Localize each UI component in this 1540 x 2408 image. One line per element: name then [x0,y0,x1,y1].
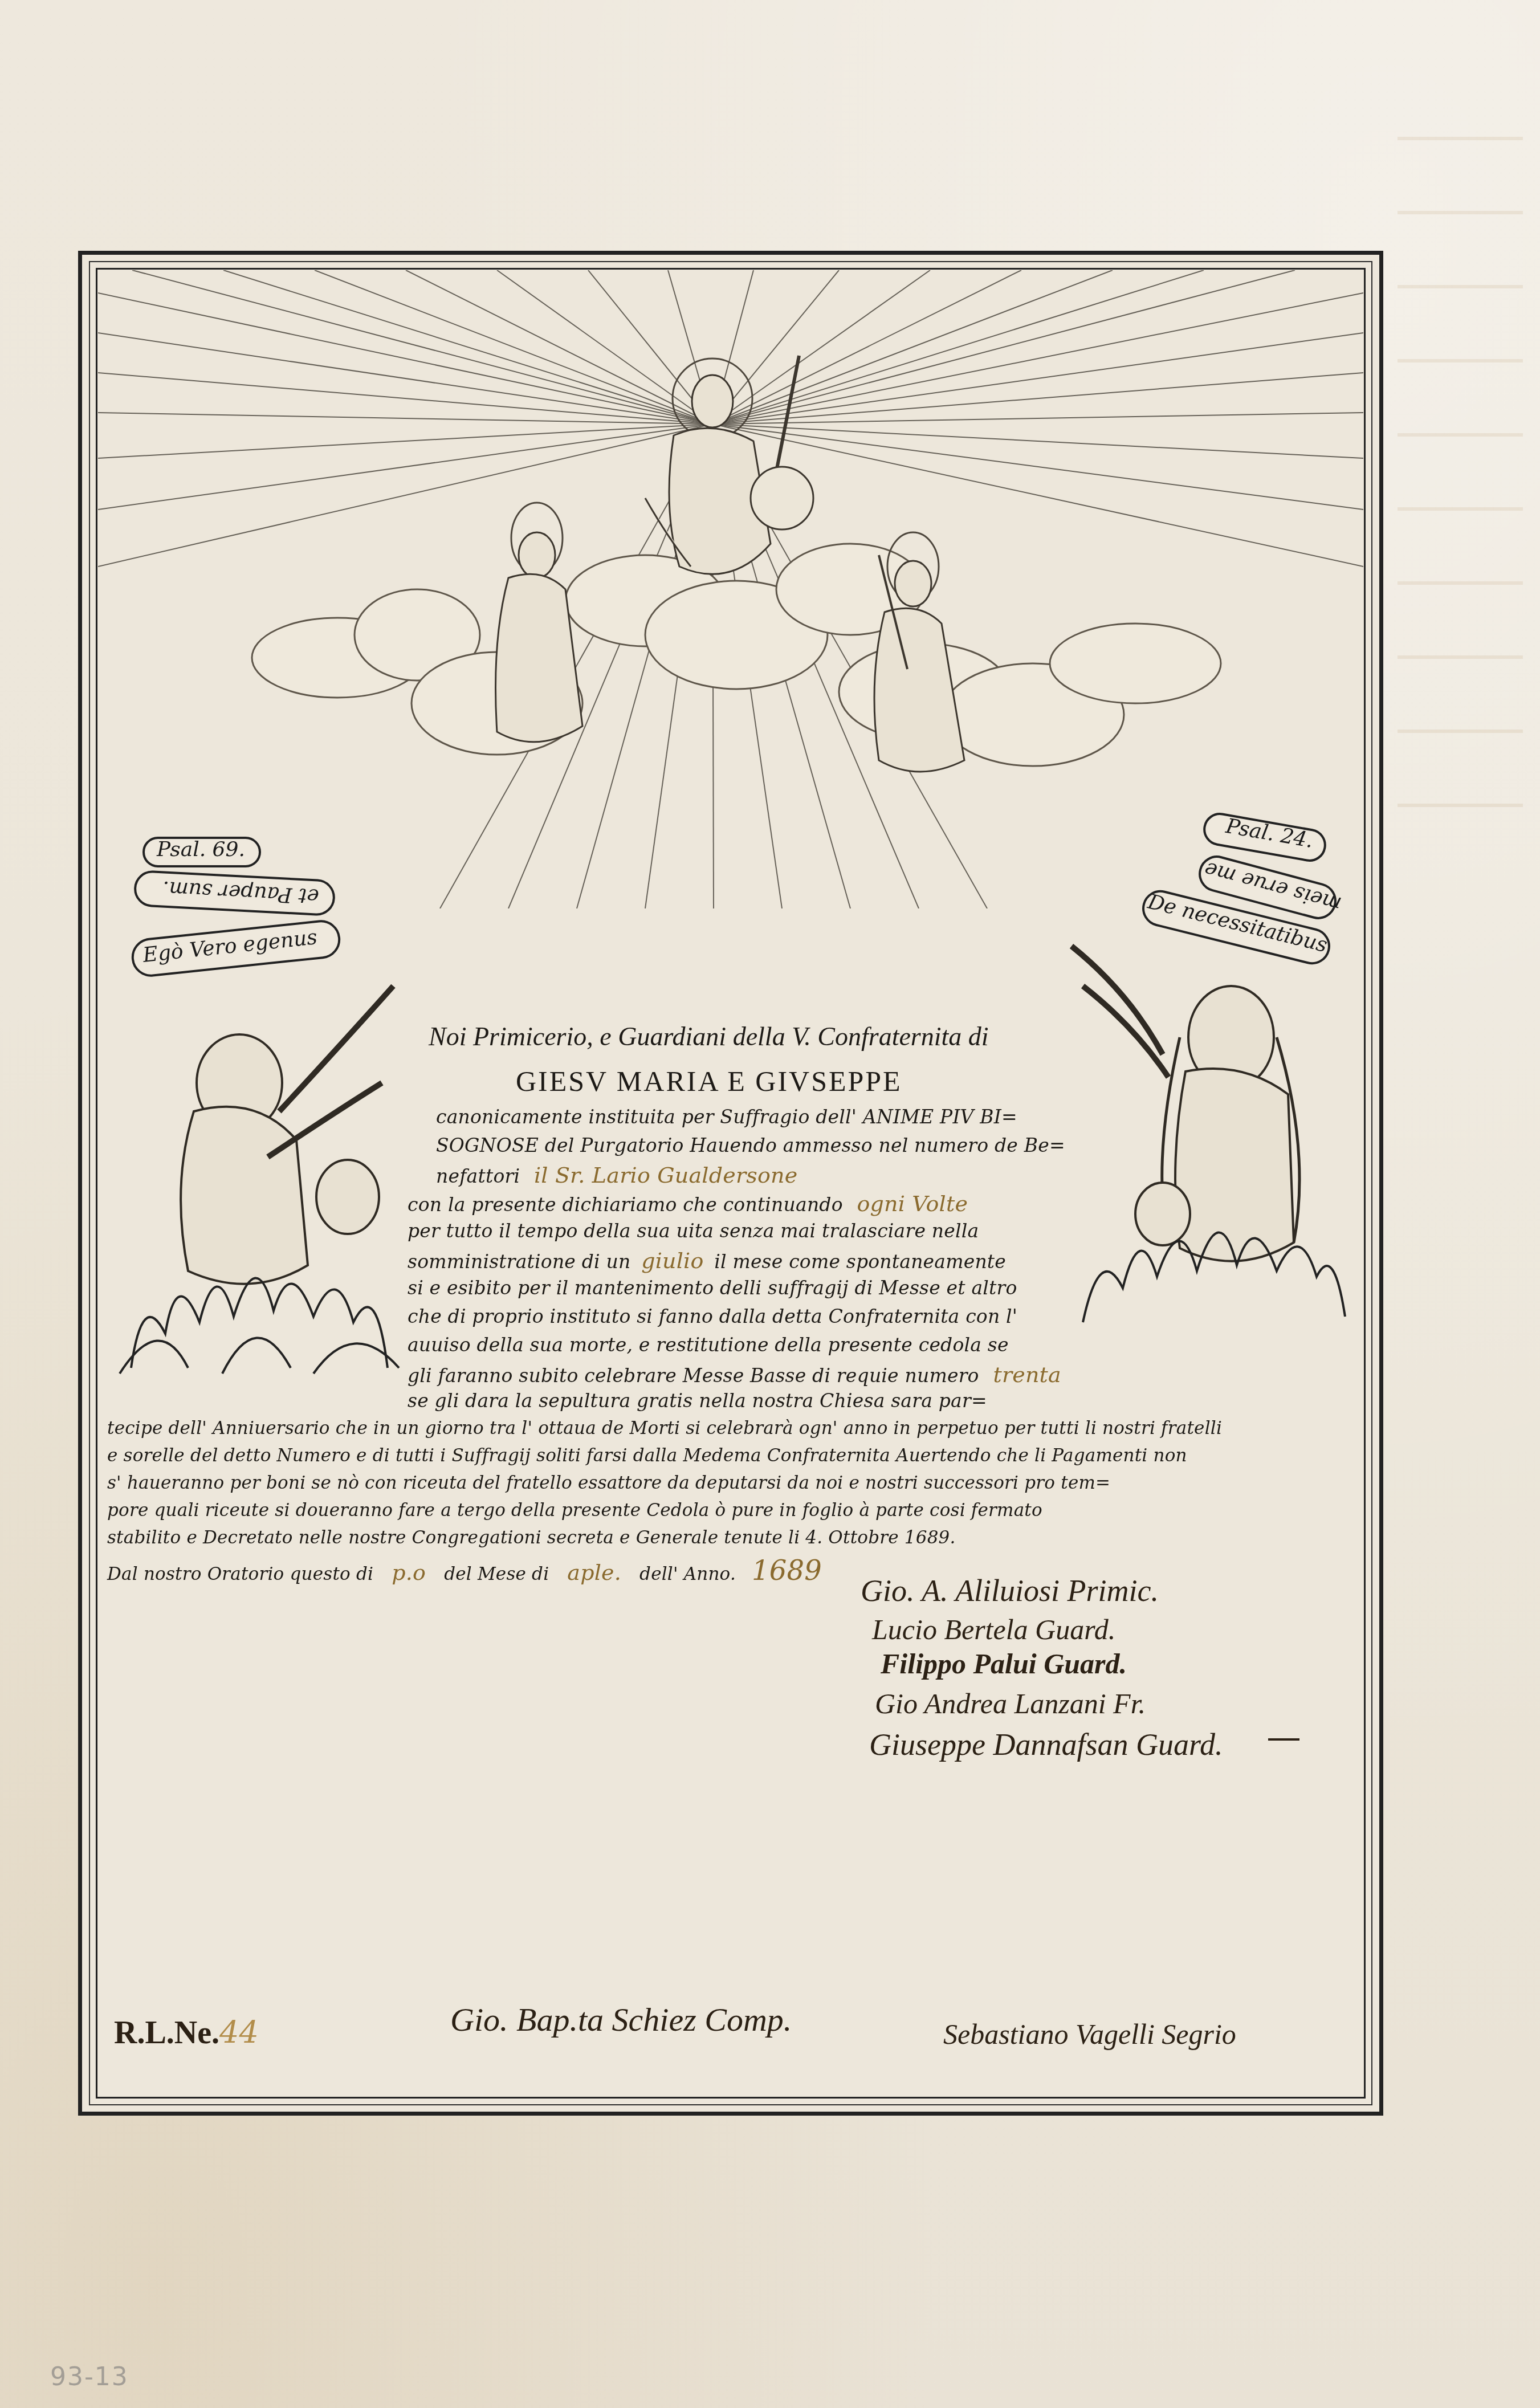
handwritten-year: 1689 [752,1555,822,1587]
body-line-14: s' haueranno per boni se nò con riceuta … [107,1473,1110,1493]
signature-guardian-3: Gio Andrea Lanzani Fr. [875,1687,1146,1720]
left-banner-reference: Psal. 69. [157,838,245,861]
body-line-2: SOGNOSE del Purgatorio Hauendo ammesso n… [436,1134,1065,1156]
signature-flourish [1268,1738,1299,1741]
certificate-intro: Noi Primicerio, e Guardiani della V. Con… [429,1021,989,1052]
radiant-burst-icon [98,270,1363,908]
signature-guardian-2: Filippo Palui Guard. [881,1647,1127,1680]
right-purgatory-soul-engraving [1060,923,1356,1334]
body-line-8: che di proprio instituto si fanno dalla … [408,1305,1017,1327]
body-line-16: stabilito e Decretato nelle nostre Congr… [107,1527,956,1548]
registry-number: 44 [219,2015,259,2051]
body-line-10-text: gli faranno subito celebrare Messe Basse… [408,1364,979,1387]
signature-guardian-4: Giuseppe Dannafsan Guard. [869,1727,1223,1762]
body-line-11: se gli dara la sepultura gratis nella no… [408,1390,987,1412]
signature-bottom-center: Gio. Bap.ta Schiez Comp. [450,2000,792,2039]
body-line-4-text: con la presente dichiariamo che continua… [408,1193,843,1216]
body-line-3: nefattori il Sr. Lario Gualdersone [436,1163,797,1188]
body-line-6-text: somministratione di un [408,1250,630,1273]
body-line-7: si e esibito per il mantenimento delli s… [408,1277,1017,1299]
date-line-year-label: dell' Anno. [639,1564,736,1584]
signature-primicerio: Gio. A. Aliluiosi Primic. [861,1573,1159,1608]
confraternity-title: GIESV MARIA E GIVSEPPE [516,1065,902,1098]
registry-mark-label: R.L.Ne. [114,2015,219,2051]
body-line-13: e sorelle del detto Numero e di tutti i … [107,1445,1187,1466]
registry-mark: R.L.Ne.44 [114,2015,259,2051]
handwritten-masses-count: trenta [993,1362,1061,1387]
handwritten-day: p.o [392,1560,426,1585]
signature-guardian-1: Lucio Bertela Guard. [872,1613,1115,1646]
pencil-inventory-number: 93-13 [50,2362,129,2391]
bleed-through-handwriting [1398,97,1523,838]
body-line-6-text-cont: il mese come spontaneamente [714,1250,1006,1273]
body-line-4: con la presente dichiariamo che continua… [408,1191,968,1216]
handwritten-continuando-value: ogni Volte [857,1191,968,1216]
body-line-1: canonicamente instituita per Suffragio d… [436,1106,1017,1128]
body-line-10: gli faranno subito celebrare Messe Basse… [408,1362,1061,1387]
glory-rays-engraving [98,270,1363,908]
body-line-5: per tutto il tempo della sua uita senza … [408,1220,979,1242]
handwritten-amount: giulio [641,1248,703,1273]
date-line-prefix: Dal nostro Oratorio questo di [107,1564,373,1584]
body-line-9: auuiso della sua morte, e restitutione d… [408,1334,1009,1356]
signature-secretary: Sebastiano Vagelli Segrio [943,2018,1236,2051]
date-line: Dal nostro Oratorio questo di p.o del Me… [107,1555,822,1587]
handwritten-benefactor-name: il Sr. Lario Gualdersone [534,1163,798,1188]
body-line-12: tecipe dell' Anniuersario che in un gior… [107,1418,1222,1439]
left-purgatory-souls-engraving [108,969,405,1379]
handwritten-month: aple. [567,1560,621,1585]
body-line-15: pore quali riceute si doueranno fare a t… [107,1500,1042,1521]
date-line-month-label: del Mese di [444,1564,549,1584]
body-line-6: somministratione di un giulio il mese co… [408,1248,1006,1273]
body-line-3-text: nefattori [436,1165,520,1187]
